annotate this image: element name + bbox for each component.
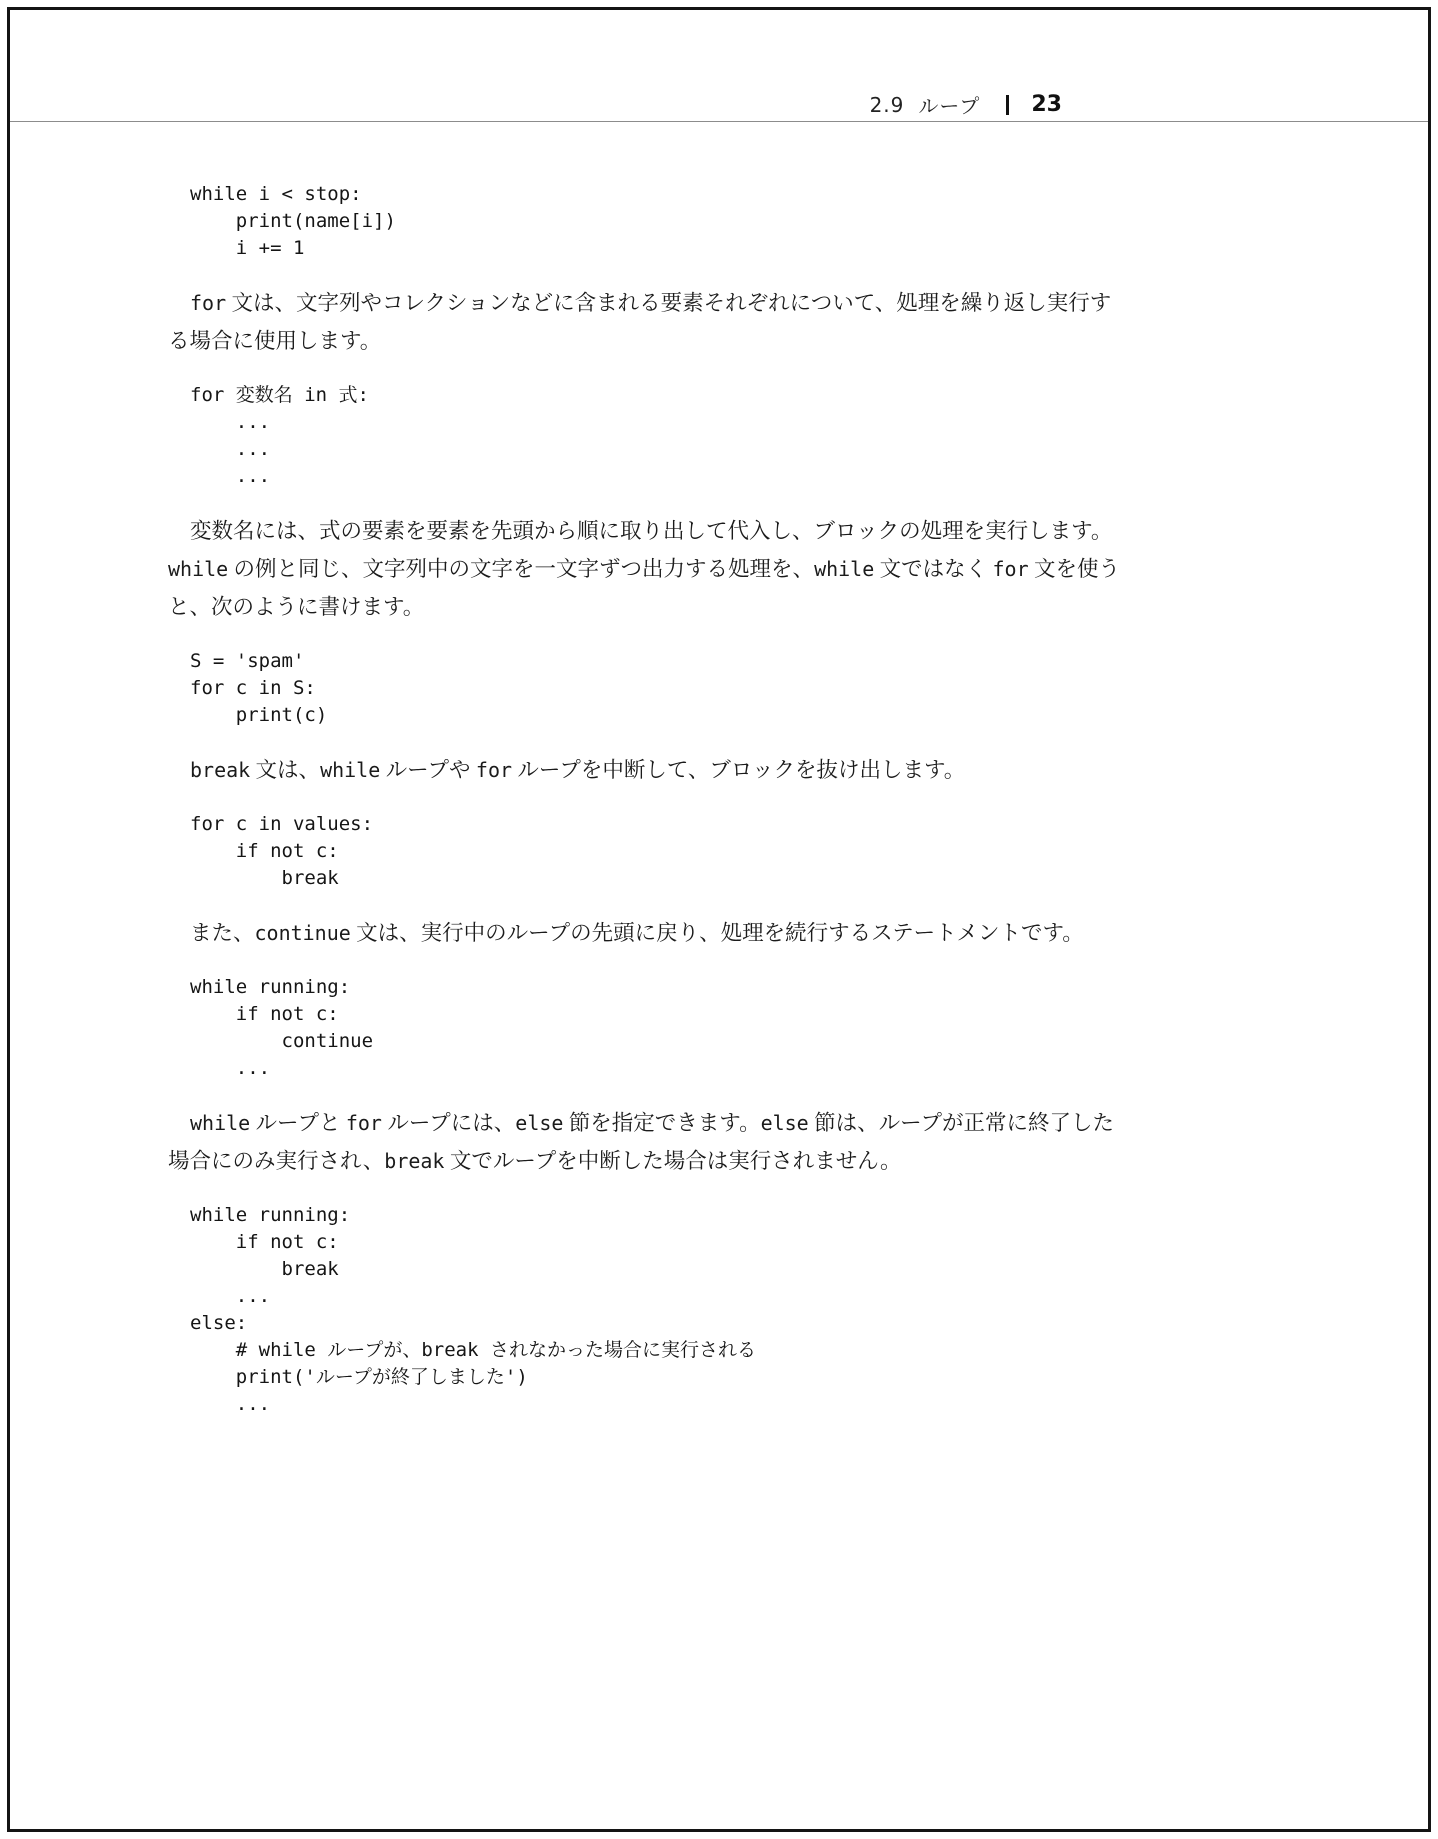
inline-code-term: for	[993, 557, 1029, 581]
inline-code-term: else	[761, 1111, 809, 1135]
paragraph-line: 変数名には、式の要素を要素を先頭から順に取り出して代入し、ブロックの処理を実行し…	[168, 512, 1096, 550]
code-block-while-else: while running: if not c: break ... else:…	[168, 1202, 1096, 1418]
code-block-continue: while running: if not c: continue ...	[168, 974, 1096, 1082]
paragraph-continue-statement: また、continue 文は、実行中のループの先頭に戻り、処理を続行するステート…	[168, 914, 1096, 952]
code-line: ...	[190, 1391, 1096, 1418]
code-line: while running:	[190, 974, 1096, 1001]
paragraph-text: 文でループを中断した場合は実行されません。	[444, 1149, 901, 1173]
code-line: print(name[i])	[190, 208, 1096, 235]
paragraph-text: ループには、	[382, 1111, 515, 1135]
paragraph-text: 文は、文字列やコレクションなどに含まれる要素それぞれについて、処理を繰り返し実行…	[226, 291, 1111, 315]
code-line: if not c:	[190, 1001, 1096, 1028]
code-line: ...	[190, 1055, 1096, 1082]
code-line: break	[190, 865, 1096, 892]
inline-code-term: while	[168, 557, 228, 581]
code-line: while running:	[190, 1202, 1096, 1229]
code-line: continue	[190, 1028, 1096, 1055]
paragraph-line: for 文は、文字列やコレクションなどに含まれる要素それぞれについて、処理を繰り…	[168, 284, 1096, 322]
paragraph-text: 文を使う	[1029, 557, 1120, 581]
paragraph-else-clause: while ループと for ループには、else 節を指定できます。else …	[168, 1104, 1096, 1180]
paragraph-text: 節は、ループが正常に終了した	[809, 1111, 1114, 1135]
paragraph-text: 文は、	[250, 758, 320, 782]
inline-code-term: while	[814, 557, 874, 581]
paragraph-line: 場合にのみ実行され、break 文でループを中断した場合は実行されません。	[168, 1142, 1096, 1180]
inline-code-term: break	[190, 758, 250, 782]
paragraph-text: ループと	[250, 1111, 346, 1135]
paragraph-text: また、	[190, 921, 255, 945]
header-divider-bar	[1006, 95, 1009, 115]
paragraph-line: while ループと for ループには、else 節を指定できます。else …	[168, 1104, 1096, 1142]
code-block-spam: S = 'spam' for c in S: print(c)	[168, 648, 1096, 729]
paragraph-text: 節を指定できます。	[563, 1111, 760, 1135]
inline-code-term: else	[515, 1111, 563, 1135]
paragraph-text: の例と同じ、文字列中の文字を一文字ずつ出力する処理を、	[228, 557, 814, 581]
inline-code-term: while	[190, 1111, 250, 1135]
paragraph-line: と、次のように書けます。	[168, 588, 1096, 626]
page-header: 2.9 ループ 23	[870, 90, 1062, 119]
paragraph-text: 文は、実行中のループの先頭に戻り、処理を続行するステートメントです。	[351, 921, 1084, 945]
code-block-for-syntax: for 変数名 in 式: ... ... ...	[168, 382, 1096, 490]
page-number: 23	[1031, 92, 1062, 117]
code-line: if not c:	[190, 838, 1096, 865]
paragraph-for-statement: for 文は、文字列やコレクションなどに含まれる要素それぞれについて、処理を繰り…	[168, 284, 1096, 360]
inline-code-term: while	[320, 758, 380, 782]
inline-code-term: break	[384, 1149, 444, 1173]
code-line: ...	[190, 436, 1096, 463]
inline-code-term: continue	[255, 921, 351, 945]
code-line: # while ループが、break されなかった場合に実行される	[190, 1337, 1096, 1364]
paragraph-line: while の例と同じ、文字列中の文字を一文字ずつ出力する処理を、while 文…	[168, 550, 1096, 588]
code-line: else:	[190, 1310, 1096, 1337]
paragraph-text: ループや	[380, 758, 476, 782]
code-line: for c in values:	[190, 811, 1096, 838]
paragraph-line: また、continue 文は、実行中のループの先頭に戻り、処理を続行するステート…	[168, 914, 1096, 952]
section-number: 2.9	[870, 93, 905, 117]
paragraph-text: 場合にのみ実行され、	[168, 1149, 384, 1173]
code-line: ...	[190, 409, 1096, 436]
inline-code-term: for	[476, 758, 512, 782]
code-line: while i < stop:	[190, 181, 1096, 208]
code-block-while-print: while i < stop: print(name[i]) i += 1	[168, 181, 1096, 262]
code-line: print('ループが終了しました')	[190, 1364, 1096, 1391]
code-line: print(c)	[190, 702, 1096, 729]
inline-code-term: for	[346, 1111, 382, 1135]
code-line: for 変数名 in 式:	[190, 382, 1096, 409]
header-rule-line	[10, 121, 1428, 122]
paragraph-line: る場合に使用します。	[168, 322, 1096, 360]
section-title: ループ	[918, 90, 980, 119]
paragraph-line: break 文は、while ループや for ループを中断して、ブロックを抜け…	[168, 751, 1096, 789]
code-block-break: for c in values: if not c: break	[168, 811, 1096, 892]
code-line: ...	[190, 1283, 1096, 1310]
paragraph-text: ループを中断して、ブロックを抜け出します。	[512, 758, 965, 782]
paragraph-variable-name: 変数名には、式の要素を要素を先頭から順に取り出して代入し、ブロックの処理を実行し…	[168, 512, 1096, 626]
code-line: i += 1	[190, 235, 1096, 262]
paragraph-break-statement: break 文は、while ループや for ループを中断して、ブロックを抜け…	[168, 751, 1096, 789]
code-line: if not c:	[190, 1229, 1096, 1256]
page-content: while i < stop: print(name[i]) i += 1 fo…	[168, 181, 1096, 1418]
paragraph-text: 文ではなく	[874, 557, 992, 581]
code-line: ...	[190, 463, 1096, 490]
code-line: break	[190, 1256, 1096, 1283]
code-line: for c in S:	[190, 675, 1096, 702]
inline-code-term: for	[190, 291, 226, 315]
code-line: S = 'spam'	[190, 648, 1096, 675]
